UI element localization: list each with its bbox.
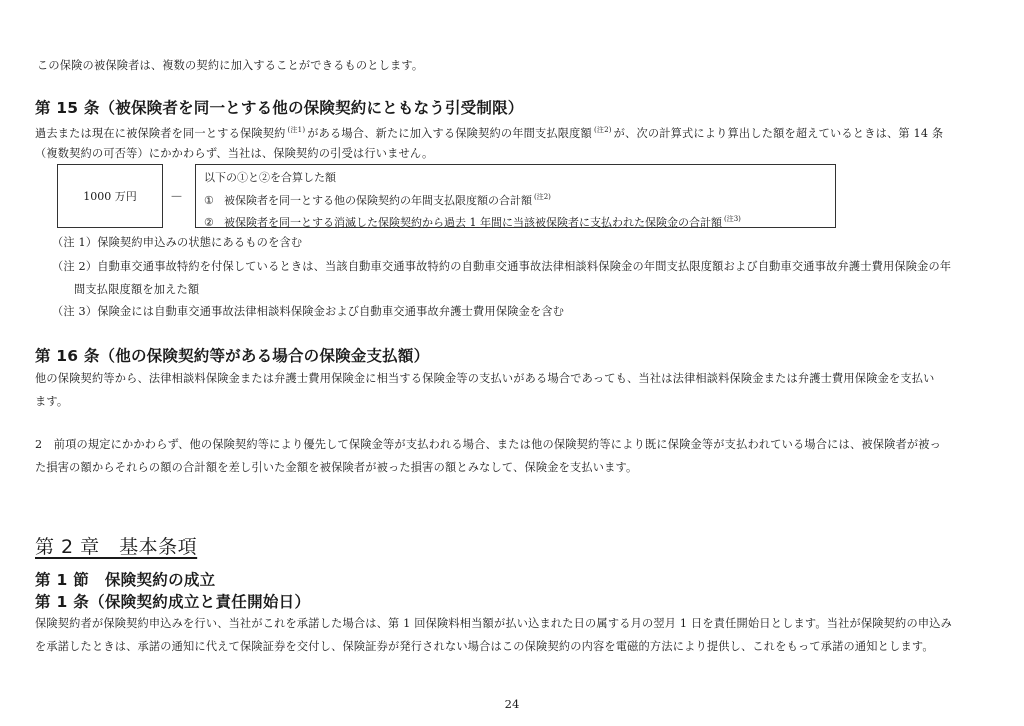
article-15-text-a: 過去または現在に被保険者を同一とする保険契約	[35, 127, 286, 140]
chapter-2-title: 第 2 章 基本条項	[35, 535, 197, 559]
footnote-2-continuation: 間支払限度額を加えた額	[74, 283, 199, 297]
article-1-paragraph-line-2: を承諾したときは、承諾の通知に代えて保険証券を交付し、保険証券が発行されない場合…	[35, 640, 934, 654]
footnote-1: （注 1）保険契約申込みの状態にあるものを含む	[52, 236, 302, 250]
footnote-2: （注 2）自動車交通事故特約を付保しているときは、当該自動車交通事故特約の自動車…	[52, 260, 951, 274]
article-16-paragraph-2-line-2: た損害の額からそれらの額の合計額を差し引いた金額を被保険者が被った損害の額とみな…	[35, 461, 637, 475]
note-ref-1: (注1)	[288, 126, 306, 134]
circled-1-marker: ①	[204, 191, 224, 211]
footnote-1-text: 保険契約申込みの状態にあるものを含む	[97, 236, 302, 249]
formula-deduction-box: 以下の①と②を合算した額 ①被保険者を同一とする他の保険契約の年間支払限度額の合…	[195, 164, 836, 228]
article-16-paragraph-2-line-1: 2 前項の規定にかかわらず、他の保険契約等により優先して保険金等が支払われる場合…	[35, 438, 941, 452]
formula-item-1-text: 被保険者を同一とする他の保険契約の年間支払限度額の合計額	[224, 194, 532, 207]
article-1-paragraph-line-1: 保険契約者が保険契約申込みを行い、当社がこれを承諾した場合は、第 1 回保険料相…	[35, 617, 952, 631]
formula-deduction-header: 以下の①と②を合算した額	[204, 168, 827, 188]
article-15-paragraph-line-1: 過去または現在に被保険者を同一とする保険契約(注1)がある場合、新たに加入する保…	[35, 123, 943, 141]
article-15-paragraph-line-2: （複数契約の可否等）にかかわらず、当社は、保険契約の引受は行いません。	[35, 147, 433, 161]
formula-minus-operator: －	[170, 186, 183, 205]
formula-item-2-text: 被保険者を同一とする消滅した保険契約から過去 1 年間に当該被保険者に支払われた…	[224, 216, 722, 229]
section-1-title: 第 1 節 保険契約の成立	[35, 570, 215, 590]
intro-paragraph: この保険の被保険者は、複数の契約に加入することができるものとします。	[37, 59, 423, 73]
footnote-1-label: （注 1）	[52, 236, 97, 249]
footnote-2-text: 自動車交通事故特約を付保しているときは、当該自動車交通事故特約の自動車交通事故法…	[97, 260, 951, 273]
article-16-paragraph-1-line-2: ます。	[35, 395, 68, 409]
footnote-3: （注 3）保険金には自動車交通事故法律相談料保険金および自動車交通事故弁護士費用…	[52, 305, 564, 319]
footnote-2-label: （注 2）	[52, 260, 97, 273]
article-15-title: 第 15 条（被保険者を同一とする他の保険契約にともなう引受制限）	[35, 98, 523, 118]
article-15-text-b: がある場合、新たに加入する保険契約の年間支払限度額	[307, 127, 592, 140]
footnote-3-label: （注 3）	[52, 305, 97, 318]
article-1-title: 第 1 条（保険契約成立と責任開始日）	[35, 592, 310, 612]
page-number: 24	[0, 697, 1024, 711]
article-16-title: 第 16 条（他の保険契約等がある場合の保険金支払額）	[35, 346, 429, 366]
formula-item-2: ②被保険者を同一とする消滅した保険契約から過去 1 年間に当該被保険者に支払われ…	[204, 210, 827, 233]
formula-item-1: ①被保険者を同一とする他の保険契約の年間支払限度額の合計額(注2)	[204, 188, 827, 211]
note-ref-3: (注3)	[724, 215, 741, 223]
article-16-paragraph-1-line-1: 他の保険契約等から、法律相談料保険金または弁護士費用保険金に相当する保険金等の支…	[35, 372, 935, 386]
note-ref-2: (注2)	[534, 193, 551, 201]
formula-base-amount-box: 1000 万円	[57, 164, 163, 228]
note-ref-2: (注2)	[594, 126, 612, 134]
article-15-text-c: が、次の計算式により算出した額を超えているときは、第 14 条	[614, 127, 944, 140]
formula-base-amount: 1000 万円	[83, 188, 137, 204]
circled-2-marker: ②	[204, 213, 224, 233]
footnote-3-text: 保険金には自動車交通事故法律相談料保険金および自動車交通事故弁護士費用保険金を含…	[97, 305, 564, 318]
